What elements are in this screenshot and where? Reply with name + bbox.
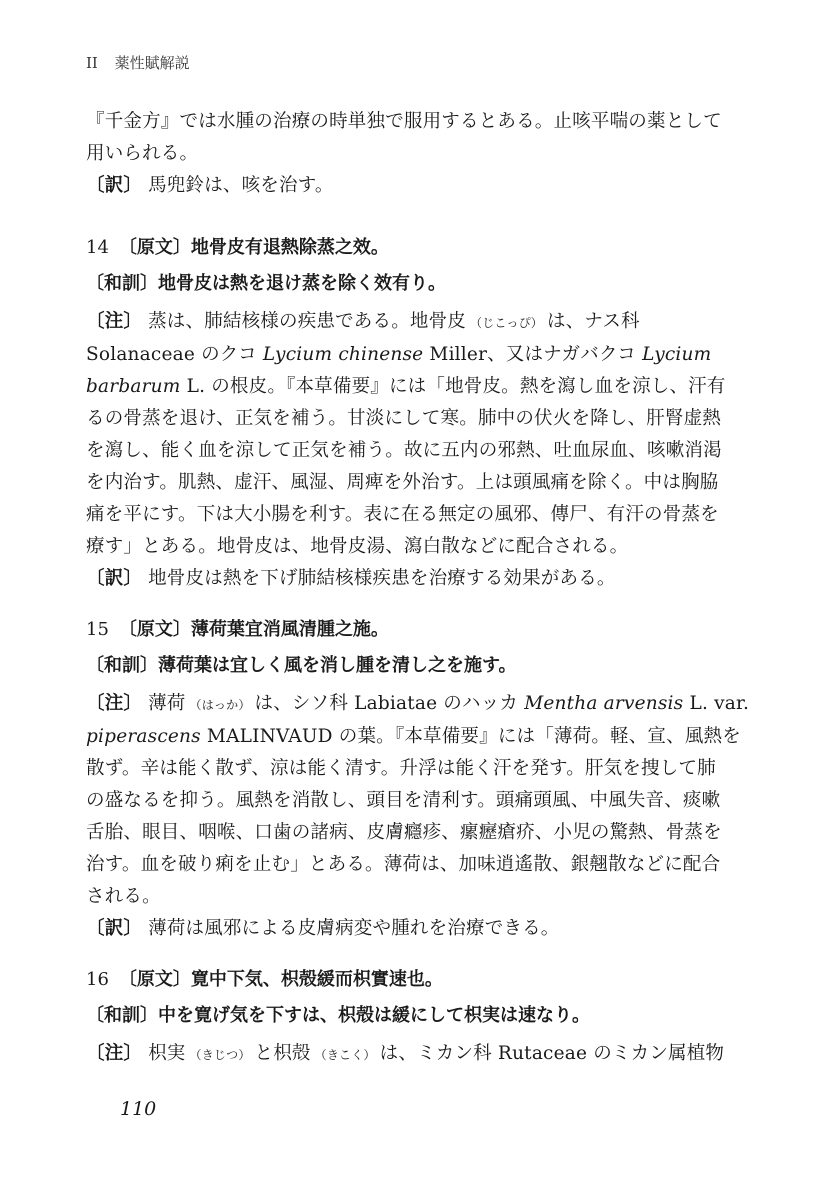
intro-paragraph: 『千金方』では水腫の治療の時単独で服用するとある。止咳平喘の薬として 用いられる… (86, 106, 746, 202)
reading-text: 地骨皮は熱を退け蒸を除く效有り。 (158, 273, 446, 294)
text-line: barbarum L. の根皮。『本草備要』には「地骨皮。熱を瀉し血を涼し、汗有 (86, 371, 746, 403)
original-tag: 〔原文〕 (119, 619, 191, 640)
note-text: L. var. (683, 693, 749, 714)
reading-text: 中を寛げ気を下すは、枳殻は緩にして枳実は速なり。 (158, 1005, 590, 1026)
reading-tag: 〔和訓〕 (86, 655, 158, 676)
text-line: piperascens MALINVAUD の葉。『本草備要』には「薄荷。軽、宣… (86, 721, 746, 753)
note-tag: 〔注〕 (86, 1043, 142, 1064)
text-line: 療す」とある。地骨皮は、地骨皮湯、瀉白散などに配合される。 (86, 531, 746, 563)
text-line: るの骨蒸を退け、正気を補う。甘淡にして寒。肺中の伏火を降し、肝腎虚熱 (86, 403, 746, 435)
text-line: Solanaceae のクコ Lycium chinense Miller、又は… (86, 339, 746, 371)
translation: 〔訳〕薄荷は風邪による皮膚病変や腫れを治療できる。 (86, 913, 746, 945)
translation: 〔訳〕地骨皮は熱を下げ肺結核様疾患を治療する効果がある。 (86, 563, 746, 595)
text-line: 〔注〕蒸は、肺結核様の疾患である。地骨皮（じこっぴ）は、ナス科 (86, 306, 746, 339)
ruby-reading: （きじつ） (190, 1048, 251, 1062)
note-text: MALINVAUD の葉。『本草備要』には「薄荷。軽、宣、風熱を (201, 726, 741, 747)
note-text: Miller、又はナガバクコ (423, 344, 642, 365)
translation-tag: 〔訳〕 (86, 175, 142, 196)
original-text-heading: 15〔原文〕薄荷葉宜消風清腫之施。 (86, 614, 746, 646)
original-text: 地骨皮有退熱除蒸之效。 (191, 237, 389, 258)
chapter-number: II (86, 54, 98, 72)
ruby-reading: （きこく） (315, 1048, 376, 1062)
text-line: 散ず。辛は能く散ず、涼は能く清す。升浮は能く汗を発す。肝気を捜して肺 (86, 753, 746, 785)
ruby-reading: （じこっぴ） (470, 316, 543, 330)
text-line: 痛を平にす。下は大小腸を利す。表に在る無定の風邪、傳尸、有汗の骨蒸を (86, 499, 746, 531)
original-text: 薄荷葉宜消風清腫之施。 (191, 619, 389, 640)
original-text: 寛中下気、枳殻緩而枳實速也。 (191, 969, 443, 990)
note-text: L. の根皮。『本草備要』には「地骨皮。熱を瀉し血を涼し、汗有 (181, 376, 726, 397)
original-text-heading: 14〔原文〕地骨皮有退熱除蒸之效。 (86, 232, 746, 264)
species-name: barbarum (86, 376, 181, 397)
text-line: の盛なるを抑う。風熱を消散し、頭目を清利す。頭痛頭風、中風失音、痰嗽 (86, 785, 746, 817)
japanese-reading-heading: 〔和訓〕地骨皮は熱を退け蒸を除く效有り。 (86, 268, 746, 300)
page-number: 110 (120, 1098, 156, 1120)
section-number: 16 (86, 969, 109, 990)
section-number: 14 (86, 237, 109, 258)
japanese-reading-heading: 〔和訓〕薄荷葉は宜しく風を消し腫を清し之を施す。 (86, 650, 746, 682)
note-text: は、ミカン科 Rutaceae のミカン属植物 (380, 1043, 724, 1064)
text-line: 舌胎、眼目、咽喉、口歯の諸病、皮膚癮疹、瘰癧瘡疥、小児の驚熱、骨蒸を (86, 817, 746, 849)
text-line: を内治す。肌熱、虚汗、風湿、周痺を外治す。上は頭風痛を除く。中は胸脇 (86, 467, 746, 499)
translation-tag: 〔訳〕 (86, 918, 142, 939)
species-name: piperascens (86, 726, 201, 747)
text-line: 『千金方』では水腫の治療の時単独で服用するとある。止咳平喘の薬として (86, 106, 746, 138)
section-15: 15〔原文〕薄荷葉宜消風清腫之施。 〔和訓〕薄荷葉は宜しく風を消し腫を清し之を施… (86, 614, 746, 945)
translation-text: 薄荷は風邪による皮膚病変や腫れを治療できる。 (148, 918, 559, 939)
reading-tag: 〔和訓〕 (86, 273, 158, 294)
japanese-reading-heading: 〔和訓〕中を寛げ気を下すは、枳殻は緩にして枳実は速なり。 (86, 1000, 746, 1032)
reading-text: 薄荷葉は宜しく風を消し腫を清し之を施す。 (158, 655, 517, 676)
original-tag: 〔原文〕 (119, 237, 191, 258)
note-text: 蒸は、肺結核様の疾患である。地骨皮 (148, 311, 466, 332)
translation-text: 馬兜鈴は、咳を治す。 (148, 175, 334, 196)
note-text: は、ナス科 (547, 311, 640, 332)
text-line: 〔注〕薄荷（はっか）は、シソ科 Labiatae のハッカ Mentha arv… (86, 688, 746, 721)
section-14: 14〔原文〕地骨皮有退熱除蒸之效。 〔和訓〕地骨皮は熱を退け蒸を除く效有り。 〔… (86, 232, 746, 595)
note-text: 枳実 (148, 1043, 185, 1064)
original-tag: 〔原文〕 (119, 969, 191, 990)
translation: 〔訳〕馬兜鈴は、咳を治す。 (86, 170, 746, 202)
note-paragraph: 〔注〕蒸は、肺結核様の疾患である。地骨皮（じこっぴ）は、ナス科 Solanace… (86, 306, 746, 563)
species-name: Mentha arvensis (524, 693, 683, 714)
translation-tag: 〔訳〕 (86, 568, 142, 589)
translation-text: 地骨皮は熱を下げ肺結核様疾患を治療する効果がある。 (148, 568, 616, 589)
note-paragraph: 〔注〕枳実（きじつ）と枳殻（きこく）は、ミカン科 Rutaceae のミカン属植… (86, 1038, 746, 1071)
text-line: 用いられる。 (86, 138, 746, 170)
text-line: される。 (86, 881, 746, 913)
note-text: は、シソ科 Labiatae のハッカ (255, 693, 525, 714)
running-head: II 薬性賦解説 (86, 52, 190, 73)
text-line: 〔注〕枳実（きじつ）と枳殻（きこく）は、ミカン科 Rutaceae のミカン属植… (86, 1038, 746, 1071)
note-text: Solanaceae のクコ (86, 344, 263, 365)
species-name: Lycium chinense (263, 344, 423, 365)
ruby-reading: （はっか） (190, 698, 251, 712)
note-tag: 〔注〕 (86, 311, 142, 332)
note-paragraph: 〔注〕薄荷（はっか）は、シソ科 Labiatae のハッカ Mentha arv… (86, 688, 746, 913)
reading-tag: 〔和訓〕 (86, 1005, 158, 1026)
text-line: を瀉し、能く血を涼して正気を補う。故に五内の邪熱、吐血尿血、咳嗽消渇 (86, 435, 746, 467)
species-name: Lycium (642, 344, 711, 365)
note-text: と枳殻 (255, 1043, 311, 1064)
original-text-heading: 16〔原文〕寛中下気、枳殻緩而枳實速也。 (86, 964, 746, 996)
section-16: 16〔原文〕寛中下気、枳殻緩而枳實速也。 〔和訓〕中を寛げ気を下すは、枳殻は緩に… (86, 964, 746, 1071)
section-number: 15 (86, 619, 109, 640)
chapter-title: 薬性賦解説 (115, 54, 190, 72)
note-text: 薄荷 (148, 693, 185, 714)
note-tag: 〔注〕 (86, 693, 142, 714)
text-line: 治す。血を破り痢を止む」とある。薄荷は、加味逍遙散、銀翹散などに配合 (86, 849, 746, 881)
